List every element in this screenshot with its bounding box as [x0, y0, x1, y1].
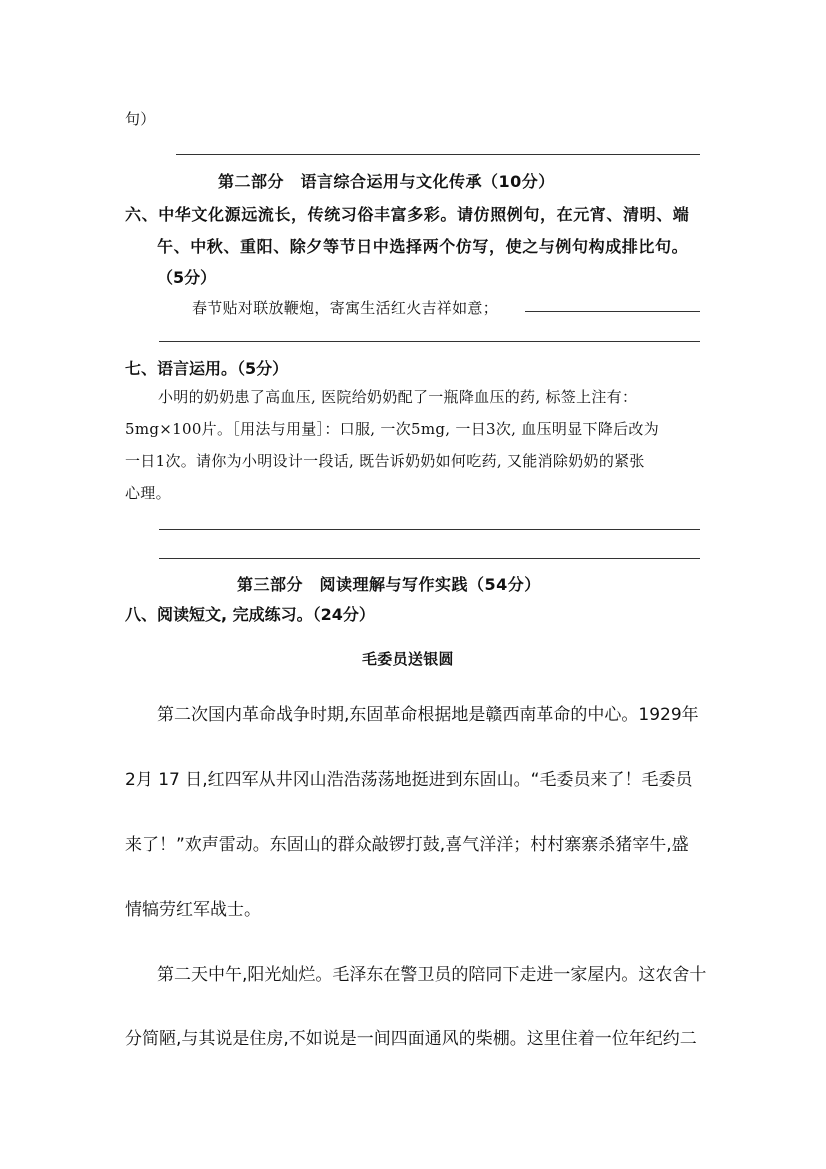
- article-line: 第二天中午,阳光灿烂。毛泽东在警卫员的陪同下走进一家屋内。这农舍十: [157, 960, 706, 985]
- q6-answer-line-2[interactable]: [159, 341, 700, 342]
- q6-answer-line-1[interactable]: [525, 311, 700, 312]
- q6-score: （5分）: [157, 265, 216, 288]
- article-title: 毛委员送银圆: [362, 648, 454, 669]
- article-line: 分简陋,与其说是住房,不如说是一间四面通风的柴棚。这里住着一位年纪约二: [125, 1024, 697, 1049]
- part2-heading: 第二部分 语言综合运用与文化传承（10分）: [218, 169, 555, 192]
- q6-prompt-line1: 六、中华文化源远流长，传统习俗丰富多彩。请仿照例句，在元宵、清明、端: [125, 202, 689, 225]
- exam-page: 句） 第二部分 语言综合运用与文化传承（10分） 六、中华文化源远流长，传统习俗…: [0, 0, 826, 1169]
- q7-answer-line-1[interactable]: [159, 529, 700, 530]
- answer-line[interactable]: [176, 154, 700, 155]
- article-line: 情犒劳红军战士。: [125, 895, 261, 920]
- q7-answer-line-2[interactable]: [159, 558, 700, 559]
- q7-text-line: 心理。: [125, 482, 171, 503]
- q7-text-line: 小明的奶奶患了高血压, 医院给奶奶配了一瓶降血压的药, 标签上注有：: [158, 386, 637, 407]
- q6-prompt-line2: 午、中秋、重阳、除夕等节日中选择两个仿写，使之与例句构成排比句。: [157, 234, 688, 257]
- continuation-text: 句）: [125, 108, 156, 129]
- q7-text-line: 一日1次。请你为小明设计一段话, 既告诉奶奶如何吃药, 又能消除奶奶的紧张: [125, 450, 645, 471]
- q6-example-sentence: 春节贴对联放鞭炮，寄寓生活红火吉祥如意；: [192, 297, 498, 318]
- article-line: 第二次国内革命战争时期,东固革命根据地是赣西南革命的中心。1929年: [157, 700, 699, 725]
- q7-text-line: 5mg×100片。［用法与用量］：口服, 一次5mg, 一日3次, 血压明显下降…: [125, 418, 659, 439]
- article-line: 2月 17 日,红四军从井冈山浩浩荡荡地挺进到东固山。“毛委员来了！毛委员: [125, 765, 692, 790]
- q8-title: 八、阅读短文, 完成练习。（24分）: [125, 602, 375, 625]
- part3-heading: 第三部分 阅读理解与写作实践（54分）: [237, 572, 541, 595]
- q7-title: 七、语言运用。（5分）: [125, 356, 288, 379]
- article-line: 来了！”欢声雷动。东固山的群众敲锣打鼓,喜气洋洋；村村寨寨杀猪宰牛,盛: [125, 830, 689, 855]
